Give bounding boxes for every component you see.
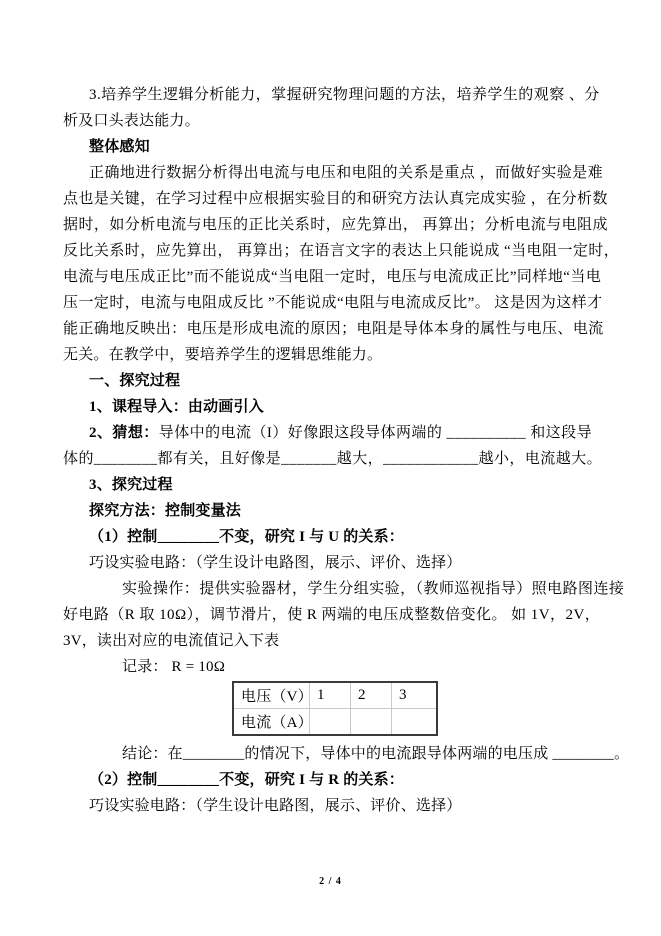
text-line: 结论：在________的情况下，导体中的电流跟导体两端的电压成 _______… [63,741,597,767]
text-line: 记录： R = 10Ω [63,654,597,680]
text-line: 3V，读出对应的电流值记入下表 [63,628,597,654]
text-segment: 3.培养学生逻辑分析能力，掌握研究物理问题的方法，培养学生的观察 、分 [89,87,600,103]
text-segment: 反比关系时，应先算出， 再算出；在语言文字的表达上只能说成 “当电阻一定时， [63,243,619,259]
text-segment: 正确地进行数据分析得出电流与电压和电阻的关系是重点 ，而做好实验是难 [89,165,603,181]
value-cell [351,709,392,736]
document-page: 3.培养学生逻辑分析能力，掌握研究物理问题的方法，培养学生的观察 、分析及口头表… [0,0,661,936]
text-line: 3.培养学生逻辑分析能力，掌握研究物理问题的方法，培养学生的观察 、分 [63,82,597,108]
value-cell: 2 [351,682,392,709]
value-cell [392,709,438,736]
text-line: 2、猜想：导体中的电流（I）好像跟这段导体两端的 __________ 和这段导 [63,420,597,446]
bold-text-segment: 1、课程导入：由动画引入 [89,399,264,415]
text-line: 析及口头表达能力。 [63,108,597,134]
text-line: 3、探究过程 [63,472,597,498]
text-line: 无关。在教学中，要培养学生的逻辑思维能力。 [63,342,597,368]
bold-text-segment: 3、探究过程 [89,477,173,493]
text-line: 能正确地反映出：电压是形成电流的原因；电阻是导体本身的属性与电压、电流 [63,316,597,342]
text-line: 1、课程导入：由动画引入 [63,394,597,420]
text-line: 实验操作：提供实验器材，学生分组实验，（教师巡视指导）照电路图连接 [63,576,597,602]
text-line: 体的________都有关，且好像是_______越大，____________… [63,446,597,472]
text-line: 巧设实验电路：（学生设计电路图，展示、评价、选择） [63,793,597,819]
text-segment: 据时，如分析电流与电压的正比关系时，应先算出， 再算出；分析电流与电阻成 [63,217,608,233]
row-header-cell: 电流（A） [233,709,310,736]
paragraph-block-lower: 结论：在________的情况下，导体中的电流跟导体两端的电压成 _______… [63,741,597,819]
bold-text-segment: 2、猜想： [89,425,159,441]
text-segment: 巧设实验电路：（学生设计电路图，展示、评价、选择） [89,798,462,814]
bold-text-segment: 探究方法：控制变量法 [89,503,241,519]
measurement-table-wrap: 电压（V）123电流（A） [232,681,597,736]
text-segment: 好电路（R 取 10Ω），调节滑片，使 R 两端的电压成整数倍变化。 如 1V，… [63,607,600,623]
text-segment: 无关。在教学中，要培养学生的逻辑思维能力。 [63,347,382,363]
text-segment: 实验操作：提供实验器材，学生分组实验，（教师巡视指导）照电路图连接 [122,581,624,597]
text-line: 正确地进行数据分析得出电流与电压和电阻的关系是重点 ，而做好实验是难 [63,160,597,186]
text-segment: 析及口头表达能力。 [63,113,200,129]
text-line: 压一定时，电流与电阻成反比 ”不能说成“电阻与电流成反比”。 这是因为这样才 [63,290,597,316]
text-line: 反比关系时，应先算出， 再算出；在语言文字的表达上只能说成 “当电阻一定时， [63,238,597,264]
text-line: 整体感知 [63,134,597,160]
bold-text-segment: 整体感知 [89,139,150,155]
measurement-table: 电压（V）123电流（A） [232,681,438,736]
text-line: （2）控制________不变，研究 I 与 R 的关系： [63,767,597,793]
text-segment: 体的________都有关，且好像是_______越大，____________… [63,451,602,467]
page-number: 2 / 4 [0,876,661,887]
text-segment: 能正确地反映出：电压是形成电流的原因；电阻是导体本身的属性与电压、电流 [63,321,604,337]
text-line: （1）控制________不变，研究 I 与 U 的关系： [63,524,597,550]
text-line: 探究方法：控制变量法 [63,498,597,524]
bold-text-segment: ________ [158,529,220,545]
bold-text-segment: 不变，研究 I 与 U 的关系： [219,529,404,545]
text-line: 据时，如分析电流与电压的正比关系时，应先算出， 再算出；分析电流与电阻成 [63,212,597,238]
text-line: 一、探究过程 [63,368,597,394]
table-row: 电压（V）123 [233,682,437,709]
text-segment: 点也是关键，在学习过程中应根据实验目的和研究方法认真完成实验 ，在分析数 [63,191,608,207]
text-line: 巧设实验电路：（学生设计电路图，展示、评价、选择） [63,550,597,576]
table-row: 电流（A） [233,709,437,736]
bold-text-segment: （1）控制 [89,529,158,545]
bold-text-segment: 不变，研究 I 与 R 的关系： [219,772,404,788]
text-segment: 压一定时，电流与电阻成反比 ”不能说成“电阻与电流成反比”。 这是因为这样才 [63,295,603,311]
paragraph-block-upper: 3.培养学生逻辑分析能力，掌握研究物理问题的方法，培养学生的观察 、分析及口头表… [63,82,597,680]
row-header-cell: 电压（V） [233,682,310,709]
bold-text-segment: ________ [158,772,220,788]
value-cell: 1 [310,682,351,709]
value-cell [310,709,351,736]
text-line: 好电路（R 取 10Ω），调节滑片，使 R 两端的电压成整数倍变化。 如 1V，… [63,602,597,628]
bold-text-segment: （2）控制 [89,772,158,788]
text-segment: 电流与电压成正比”而不能说成“当电阻一定时，电压与电流成正比”同样地“当电 [63,269,601,285]
document-body: 3.培养学生逻辑分析能力，掌握研究物理问题的方法，培养学生的观察 、分析及口头表… [63,82,597,819]
value-cell: 3 [392,682,438,709]
text-segment: 结论：在________的情况下，导体中的电流跟导体两端的电压成 _______… [122,746,629,762]
text-segment: 3V，读出对应的电流值记入下表 [63,633,279,649]
text-line: 电流与电压成正比”而不能说成“当电阻一定时，电压与电流成正比”同样地“当电 [63,264,597,290]
text-segment: 导体中的电流（I）好像跟这段导体两端的 __________ 和这段导 [159,425,592,441]
bold-text-segment: 一、探究过程 [89,373,180,389]
text-segment: 记录： R = 10Ω [122,659,225,675]
text-segment: 巧设实验电路：（学生设计电路图，展示、评价、选择） [89,555,462,571]
text-line: 点也是关键，在学习过程中应根据实验目的和研究方法认真完成实验 ，在分析数 [63,186,597,212]
